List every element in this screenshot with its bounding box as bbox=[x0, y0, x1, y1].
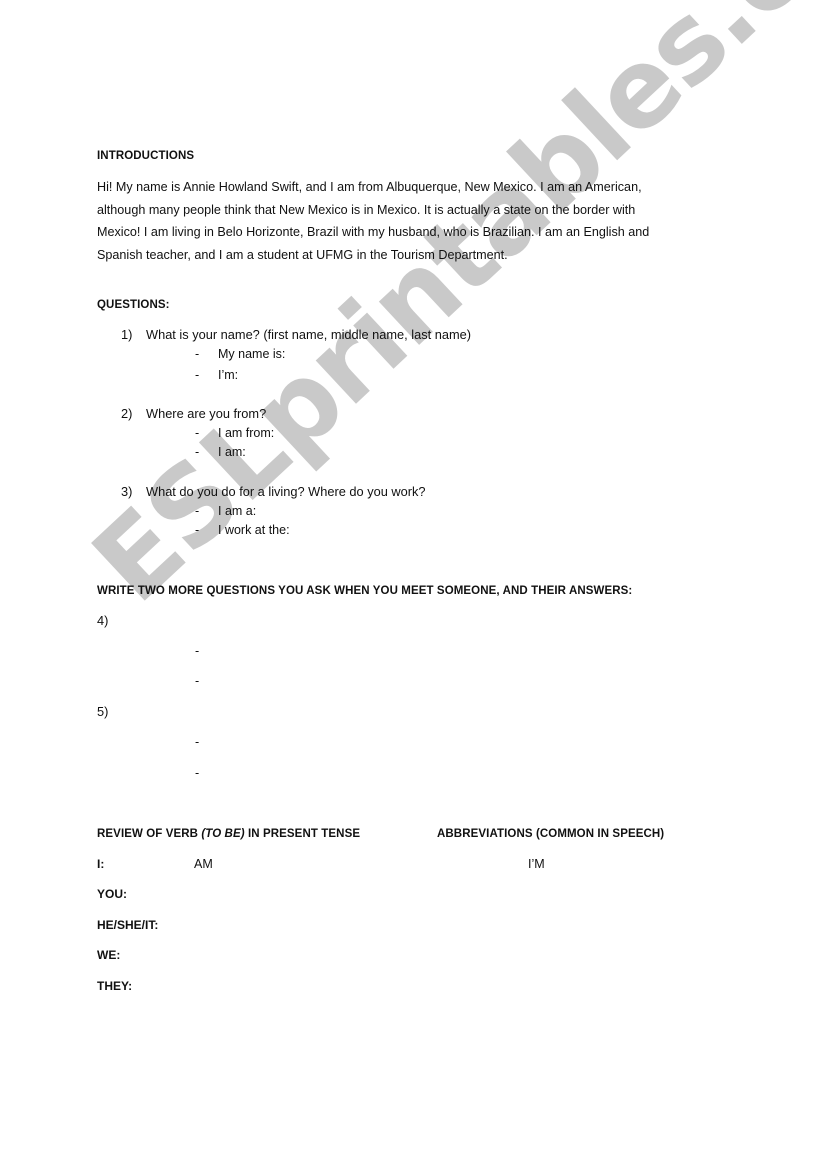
answer-prompt: My name is: bbox=[218, 347, 285, 361]
bullet-dash: - bbox=[195, 766, 199, 780]
question-number: 1) bbox=[121, 327, 146, 342]
bullet-dash: - bbox=[195, 445, 199, 459]
question-text: Where are you from? bbox=[146, 406, 266, 421]
question-number: 2) bbox=[121, 406, 146, 421]
questions-title: QUESTIONS: bbox=[97, 299, 170, 311]
answer-prompt: I am: bbox=[218, 445, 246, 459]
intro-line: Spanish teacher, and I am a student at U… bbox=[97, 244, 697, 267]
pronoun-label: YOU: bbox=[97, 887, 127, 901]
answer-prompt: I am from: bbox=[218, 426, 274, 440]
pronoun-label: I: bbox=[97, 857, 104, 871]
pronoun-label: THEY: bbox=[97, 979, 132, 993]
answer-prompt: I am a: bbox=[218, 504, 256, 518]
question-text: What do you do for a living? Where do yo… bbox=[146, 484, 426, 499]
review-title-prefix: REVIEW OF VERB bbox=[97, 828, 201, 840]
worksheet-content: INTRODUCTIONS Hi! My name is Annie Howla… bbox=[0, 0, 826, 1169]
review-title-suffix: IN PRESENT TENSE bbox=[245, 828, 360, 840]
intro-line: Hi! My name is Annie Howland Swift, and … bbox=[97, 176, 697, 199]
abbreviations-title: ABBREVIATIONS (COMMON IN SPEECH) bbox=[437, 828, 664, 840]
intro-line: although many people think that New Mexi… bbox=[97, 199, 697, 222]
question-5-number: 5) bbox=[97, 704, 108, 719]
question-1: 1)What is your name? (first name, middle… bbox=[121, 327, 471, 342]
worksheet-page: ESLprintables.com INTRODUCTIONS Hi! My n… bbox=[0, 0, 826, 1169]
write-more-title: WRITE TWO MORE QUESTIONS YOU ASK WHEN YO… bbox=[97, 585, 632, 597]
question-2: 2)Where are you from? bbox=[121, 406, 266, 421]
intro-paragraph: Hi! My name is Annie Howland Swift, and … bbox=[97, 176, 697, 266]
review-title: REVIEW OF VERB (TO BE) IN PRESENT TENSE bbox=[97, 828, 360, 840]
intro-title: INTRODUCTIONS bbox=[97, 150, 194, 162]
bullet-dash: - bbox=[195, 644, 199, 658]
pronoun-label: HE/SHE/IT: bbox=[97, 918, 158, 932]
review-title-italic: (TO BE) bbox=[201, 828, 244, 840]
question-number: 3) bbox=[121, 484, 146, 499]
question-3: 3)What do you do for a living? Where do … bbox=[121, 484, 426, 499]
intro-line: Mexico! I am living in Belo Horizonte, B… bbox=[97, 221, 697, 244]
question-4-number: 4) bbox=[97, 613, 108, 628]
bullet-dash: - bbox=[195, 504, 199, 518]
bullet-dash: - bbox=[195, 347, 199, 361]
answer-prompt: I’m: bbox=[218, 368, 238, 382]
bullet-dash: - bbox=[195, 523, 199, 537]
bullet-dash: - bbox=[195, 674, 199, 688]
verb-form: AM bbox=[194, 857, 213, 871]
abbreviation: I’M bbox=[528, 857, 545, 871]
question-text: What is your name? (first name, middle n… bbox=[146, 327, 471, 342]
answer-prompt: I work at the: bbox=[218, 523, 290, 537]
bullet-dash: - bbox=[195, 735, 199, 749]
bullet-dash: - bbox=[195, 368, 199, 382]
bullet-dash: - bbox=[195, 426, 199, 440]
pronoun-label: WE: bbox=[97, 948, 120, 962]
